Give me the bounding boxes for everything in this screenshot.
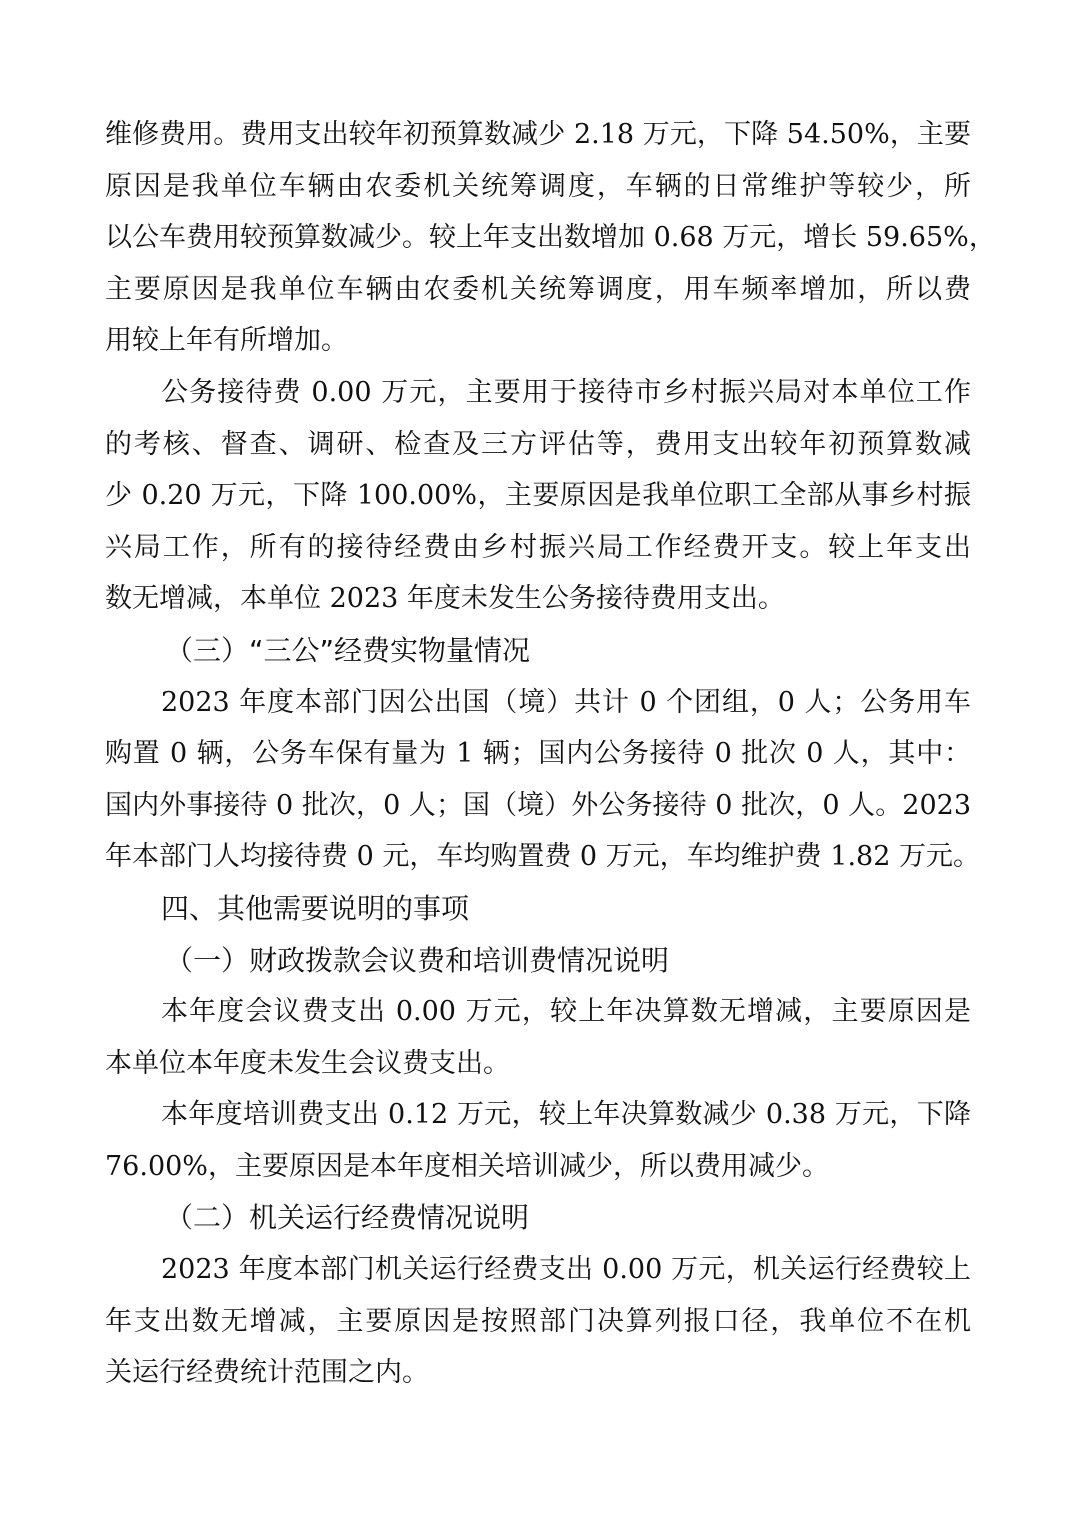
text-line: 年支出数无增减，主要原因是按照部门决算列报口径，我单位不在机 bbox=[105, 1296, 971, 1348]
paragraph-operating-expenses: 2023 年度本部门机关运行经费支出 0.00 万元，机关运行经费较上 年支出数… bbox=[105, 1244, 971, 1399]
section-heading-other-matters: 四、其他需要说明的事项 bbox=[105, 883, 971, 935]
text-line: 本年度会议费支出 0.00 万元，较上年决算数无增减，主要原因是 bbox=[105, 986, 971, 1038]
text-line: 76.00%，主要原因是本年度相关培训减少，所以费用减少。 bbox=[105, 1141, 971, 1193]
text-line: 原因是我单位车辆由农委机关统筹调度，车辆的日常维护等较少，所 bbox=[105, 161, 971, 213]
text-line: 公务接待费 0.00 万元，主要用于接待市乡村振兴局对本单位工作 bbox=[105, 367, 971, 419]
text-line: 少 0.20 万元，下降 100.00%，主要原因是我单位职工全部从事乡村振 bbox=[105, 470, 971, 522]
subsection-heading-three-public-quantities: （三）“三公”经费实物量情况 bbox=[105, 625, 971, 677]
text-line: 兴局工作，所有的接待经费由乡村振兴局工作经费开支。较上年支出 bbox=[105, 522, 971, 574]
text-line: 数无增减，本单位 2023 年度未发生公务接待费用支出。 bbox=[105, 573, 971, 625]
paragraph-vehicle-maintenance: 维修费用。费用支出较年初预算数减少 2.18 万元，下降 54.50%，主要 原… bbox=[105, 109, 971, 367]
text-line: 主要原因是我单位车辆由农委机关统筹调度，用车频率增加，所以费 bbox=[105, 264, 971, 316]
text-line: 用较上年有所增加。 bbox=[105, 315, 971, 367]
text-line: 2023 年度本部门机关运行经费支出 0.00 万元，机关运行经费较上 bbox=[105, 1244, 971, 1296]
text-line: 购置 0 辆，公务车保有量为 1 辆；国内公务接待 0 批次 0 人，其中： bbox=[105, 728, 971, 780]
text-line: 本单位本年度未发生会议费支出。 bbox=[105, 1038, 971, 1090]
subsection-heading-meeting-training: （一）财政拨款会议费和培训费情况说明 bbox=[105, 935, 971, 987]
text-line: 维修费用。费用支出较年初预算数减少 2.18 万元，下降 54.50%，主要 bbox=[105, 109, 971, 161]
text-line: 本年度培训费支出 0.12 万元，较上年决算数减少 0.38 万元，下降 bbox=[105, 1089, 971, 1141]
text-line: 的考核、督查、调研、检查及三方评估等，费用支出较年初预算数减 bbox=[105, 419, 971, 471]
paragraph-meeting-fees: 本年度会议费支出 0.00 万元，较上年决算数无增减，主要原因是 本单位本年度未… bbox=[105, 986, 971, 1089]
text-line: 年本部门人均接待费 0 元，车均购置费 0 万元，车均维护费 1.82 万元。 bbox=[105, 831, 971, 883]
paragraph-training-fees: 本年度培训费支出 0.12 万元，较上年决算数减少 0.38 万元，下降 76.… bbox=[105, 1089, 971, 1192]
text-line: 以公车费用较预算数减少。较上年支出数增加 0.68 万元，增长 59.65%， bbox=[105, 212, 971, 264]
paragraph-official-reception: 公务接待费 0.00 万元，主要用于接待市乡村振兴局对本单位工作 的考核、督查、… bbox=[105, 367, 971, 625]
text-line: 2023 年度本部门因公出国（境）共计 0 个团组，0 人；公务用车 bbox=[105, 677, 971, 729]
text-line: 关运行经费统计范围之内。 bbox=[105, 1347, 971, 1399]
document-page: 维修费用。费用支出较年初预算数减少 2.18 万元，下降 54.50%，主要 原… bbox=[105, 109, 971, 1399]
text-line: 国内外事接待 0 批次，0 人；国（境）外公务接待 0 批次，0 人。2023 bbox=[105, 780, 971, 832]
paragraph-three-public-quantities: 2023 年度本部门因公出国（境）共计 0 个团组，0 人；公务用车 购置 0 … bbox=[105, 677, 971, 883]
subsection-heading-operating-expenses: （二）机关运行经费情况说明 bbox=[105, 1192, 971, 1244]
